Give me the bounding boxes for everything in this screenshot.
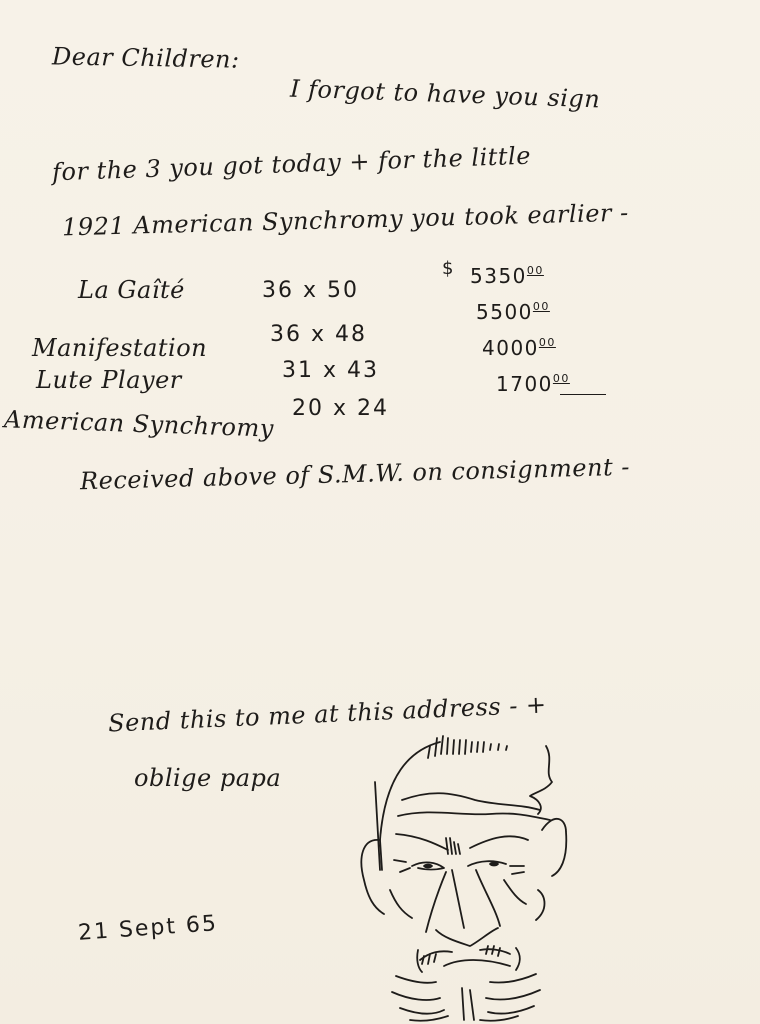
currency-symbol: $: [442, 258, 455, 279]
artwork-price: 400000: [482, 336, 556, 360]
artwork-price: 550000: [476, 300, 550, 324]
closing-line-2: oblige papa: [134, 764, 281, 792]
price-underline: [560, 394, 606, 395]
artwork-title: Manifestation: [32, 334, 207, 362]
price-cents: 00: [553, 372, 570, 385]
artwork-size: 36 x 50: [262, 278, 359, 303]
price-cents: 00: [539, 336, 556, 349]
artwork-price: 535000: [470, 264, 544, 288]
price-value: 5350: [470, 264, 527, 288]
price-cents: 00: [533, 300, 550, 313]
artwork-size: 36 x 48: [270, 322, 367, 347]
price-value: 1700: [496, 372, 553, 396]
artwork-title: La Gaîté: [78, 276, 185, 304]
artwork-price: 170000: [496, 372, 570, 396]
artwork-size: 20 x 24: [292, 396, 389, 421]
artwork-title: Lute Player: [36, 366, 182, 394]
price-cents: 00: [527, 264, 544, 277]
portrait-sketch: [340, 720, 590, 1024]
artwork-size: 31 x 43: [282, 358, 379, 383]
salutation: Dear Children:: [52, 42, 240, 73]
price-value: 5500: [476, 300, 533, 324]
price-value: 4000: [482, 336, 539, 360]
